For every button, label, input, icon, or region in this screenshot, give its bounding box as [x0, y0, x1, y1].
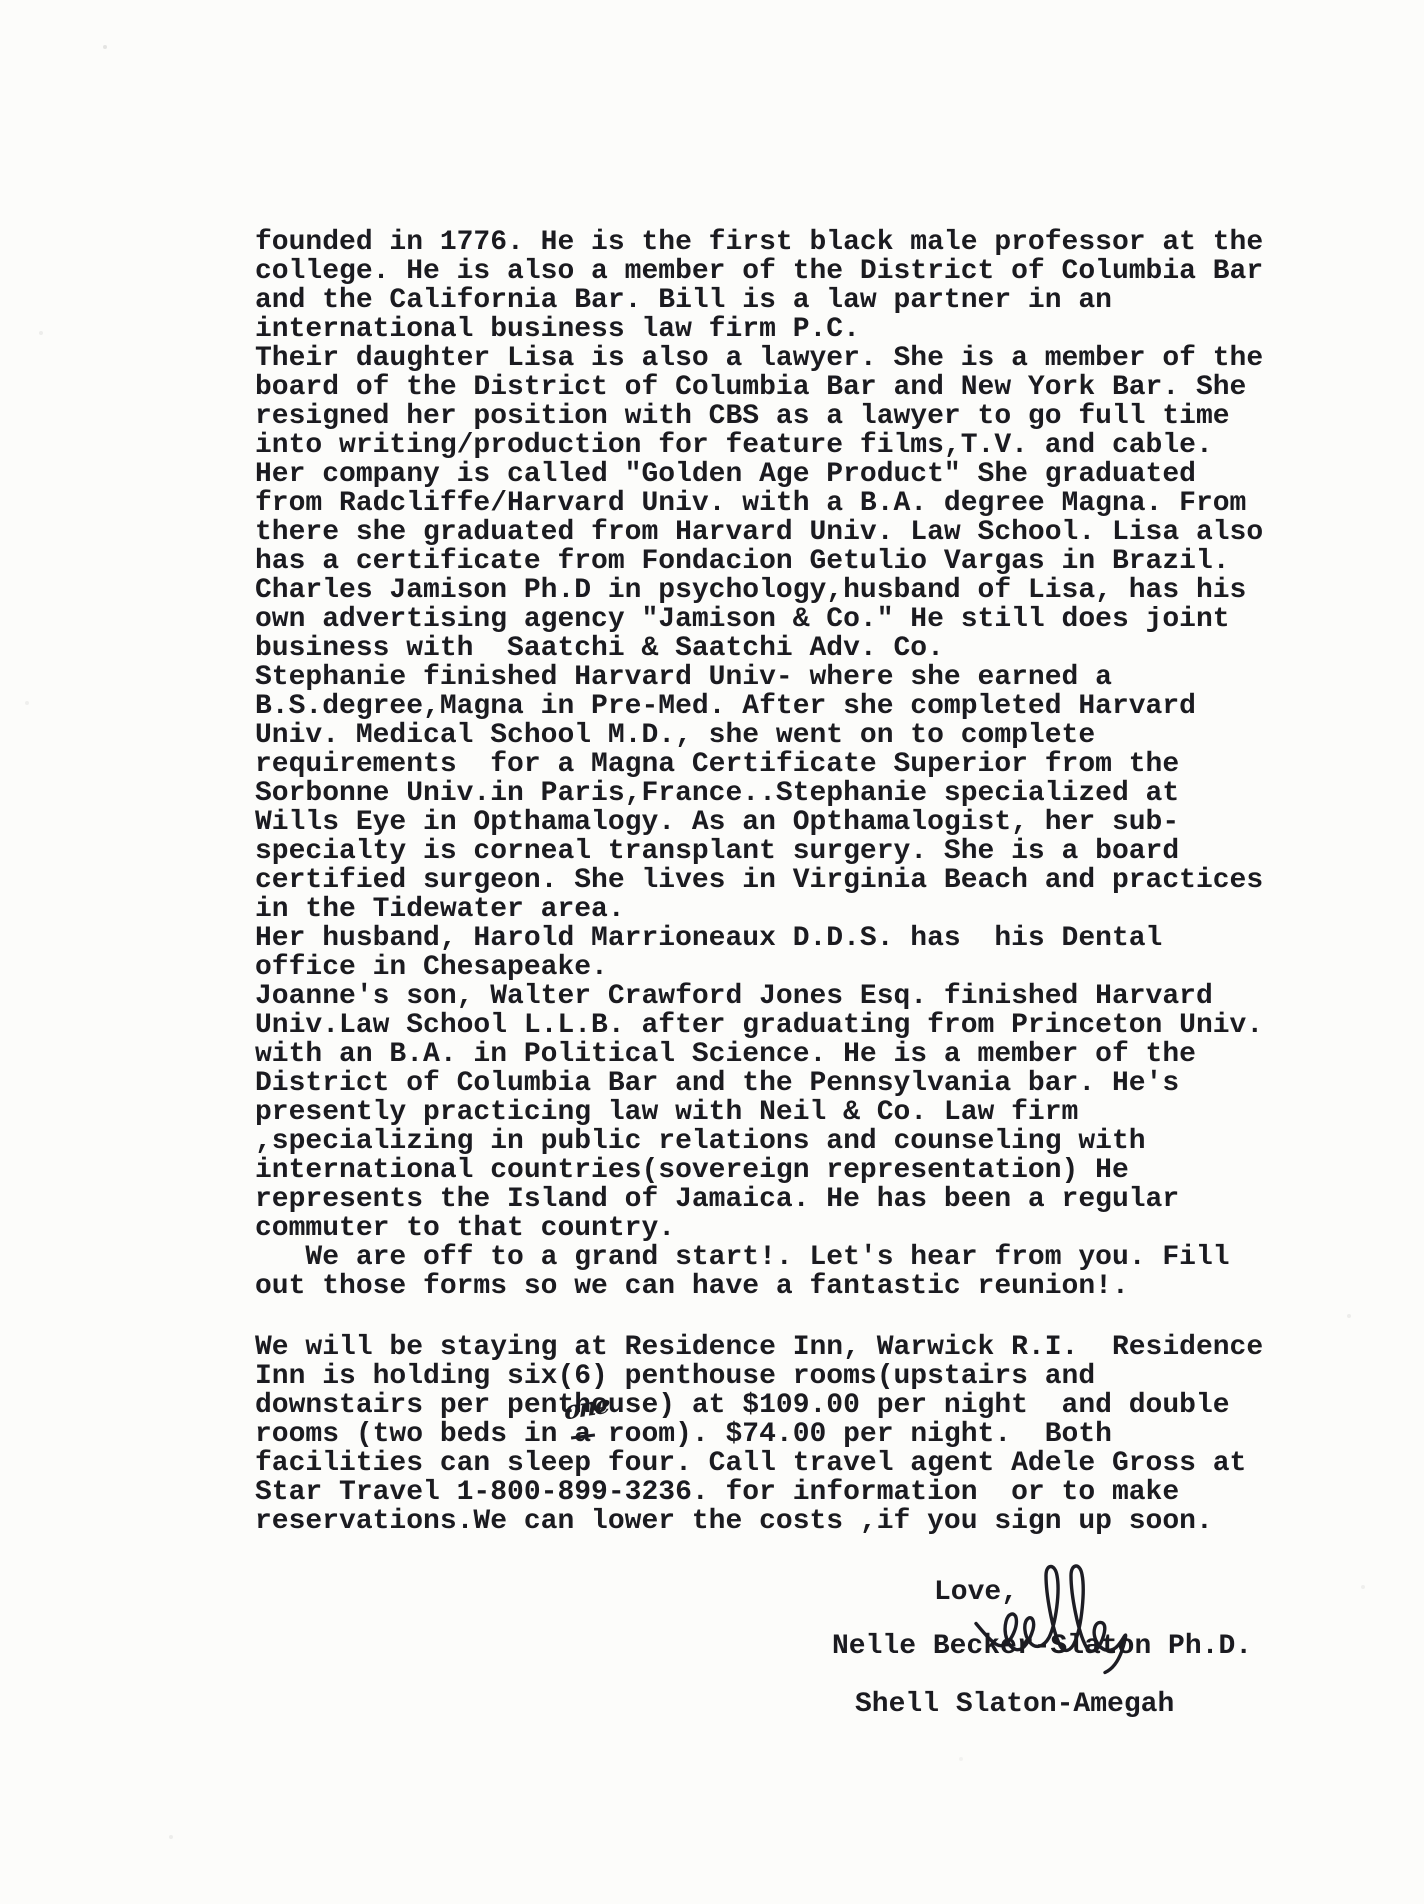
body-line-6: board of the District of Columbia Bar an… [255, 373, 1263, 402]
body-line-13: Charles Jamison Ph.D in psychology,husba… [255, 576, 1263, 605]
body-line-32: ,specializing in public relations and co… [255, 1127, 1263, 1156]
body-line-35: commuter to that country. [255, 1214, 1263, 1243]
body-line-8: into writing/production for feature film… [255, 431, 1263, 460]
body-line-25: Her husband, Harold Marrioneaux D.D.S. h… [255, 924, 1263, 953]
body-line-9: Her company is called "Golden Age Produc… [255, 460, 1263, 489]
body-line-11: there she graduated from Harvard Univ. L… [255, 518, 1263, 547]
handwritten-correction: one [564, 1391, 609, 1423]
body-line-16: Stephanie finished Harvard Univ- where s… [255, 663, 1263, 692]
body-line-22: specialty is corneal transplant surgery.… [255, 837, 1263, 866]
body-line-34: represents the Island of Jamaica. He has… [255, 1185, 1263, 1214]
second-signer-name: Shell Slaton-Amegah [855, 1690, 1174, 1719]
travel-line-4: rooms (two beds in aone room). $74.00 pe… [255, 1420, 1263, 1449]
body-line-33: international countries(sovereign repres… [255, 1156, 1263, 1185]
body-line-14: own advertising agency "Jamison & Co." H… [255, 605, 1263, 634]
body-line-29: with an B.A. in Political Science. He is… [255, 1040, 1263, 1069]
body-line-19: requirements for a Magna Certificate Sup… [255, 750, 1263, 779]
travel-line-6: Star Travel 1-800-899-3236. for informat… [255, 1478, 1263, 1507]
body-line-4: international business law firm P.C. [255, 315, 1263, 344]
body-line-3: and the California Bar. Bill is a law pa… [255, 286, 1263, 315]
travel-line-2: Inn is holding six(6) penthouse rooms(up… [255, 1362, 1263, 1391]
body-line-27: Joanne's son, Walter Crawford Jones Esq.… [255, 982, 1263, 1011]
handwritten-signature-icon: nelle [972, 1560, 1202, 1678]
struck-word: aone [574, 1420, 591, 1449]
body-line-15: business with Saatchi & Saatchi Adv. Co. [255, 634, 1263, 663]
scan-speckles [0, 0, 2, 2]
body-line-31: presently practicing law with Neil & Co.… [255, 1098, 1263, 1127]
body-line-17: B.S.degree,Magna in Pre-Med. After she c… [255, 692, 1263, 721]
body-line-21: Wills Eye in Opthamalogy. As an Opthamal… [255, 808, 1263, 837]
body-line-5: Their daughter Lisa is also a lawyer. Sh… [255, 344, 1263, 373]
body-line-10: from Radcliffe/Harvard Univ. with a B.A.… [255, 489, 1263, 518]
body-line-23: certified surgeon. She lives in Virginia… [255, 866, 1263, 895]
body-line-20: Sorbonne Univ.in Paris,France..Stephanie… [255, 779, 1263, 808]
signer-name: Nelle Becker-Slaton Ph.D. [832, 1632, 1252, 1661]
travel-paragraph: We will be staying at Residence Inn, War… [255, 1333, 1263, 1536]
travel-line-5: facilities can sleep four. Call travel a… [255, 1449, 1263, 1478]
body-line-2: college. He is also a member of the Dist… [255, 257, 1263, 286]
body-paragraph: founded in 1776. He is the first black m… [255, 228, 1263, 1301]
body-line-37: out those forms so we can have a fantast… [255, 1272, 1263, 1301]
letter-page: founded in 1776. He is the first black m… [0, 0, 1424, 1904]
valediction: Love, [934, 1578, 1018, 1607]
body-line-24: in the Tidewater area. [255, 895, 1263, 924]
travel-line-1: We will be staying at Residence Inn, War… [255, 1333, 1263, 1362]
body-line-18: Univ. Medical School M.D., she went on t… [255, 721, 1263, 750]
travel-line-3: downstairs per penthouse) at $109.00 per… [255, 1391, 1263, 1420]
body-line-28: Univ.Law School L.L.B. after graduating … [255, 1011, 1263, 1040]
travel-line-4-after: room). $74.00 per night. Both [591, 1419, 1112, 1450]
body-line-26: office in Chesapeake. [255, 953, 1263, 982]
travel-line-4-before: rooms (two beds in [255, 1419, 574, 1450]
body-line-1: founded in 1776. He is the first black m… [255, 228, 1263, 257]
travel-line-7: reservations.We can lower the costs ,if … [255, 1507, 1263, 1536]
body-line-7: resigned her position with CBS as a lawy… [255, 402, 1263, 431]
body-line-30: District of Columbia Bar and the Pennsyl… [255, 1069, 1263, 1098]
body-line-36: We are off to a grand start!. Let's hear… [255, 1243, 1263, 1272]
body-line-12: has a certificate from Fondacion Getulio… [255, 547, 1263, 576]
signature-stroke [976, 1566, 1126, 1673]
